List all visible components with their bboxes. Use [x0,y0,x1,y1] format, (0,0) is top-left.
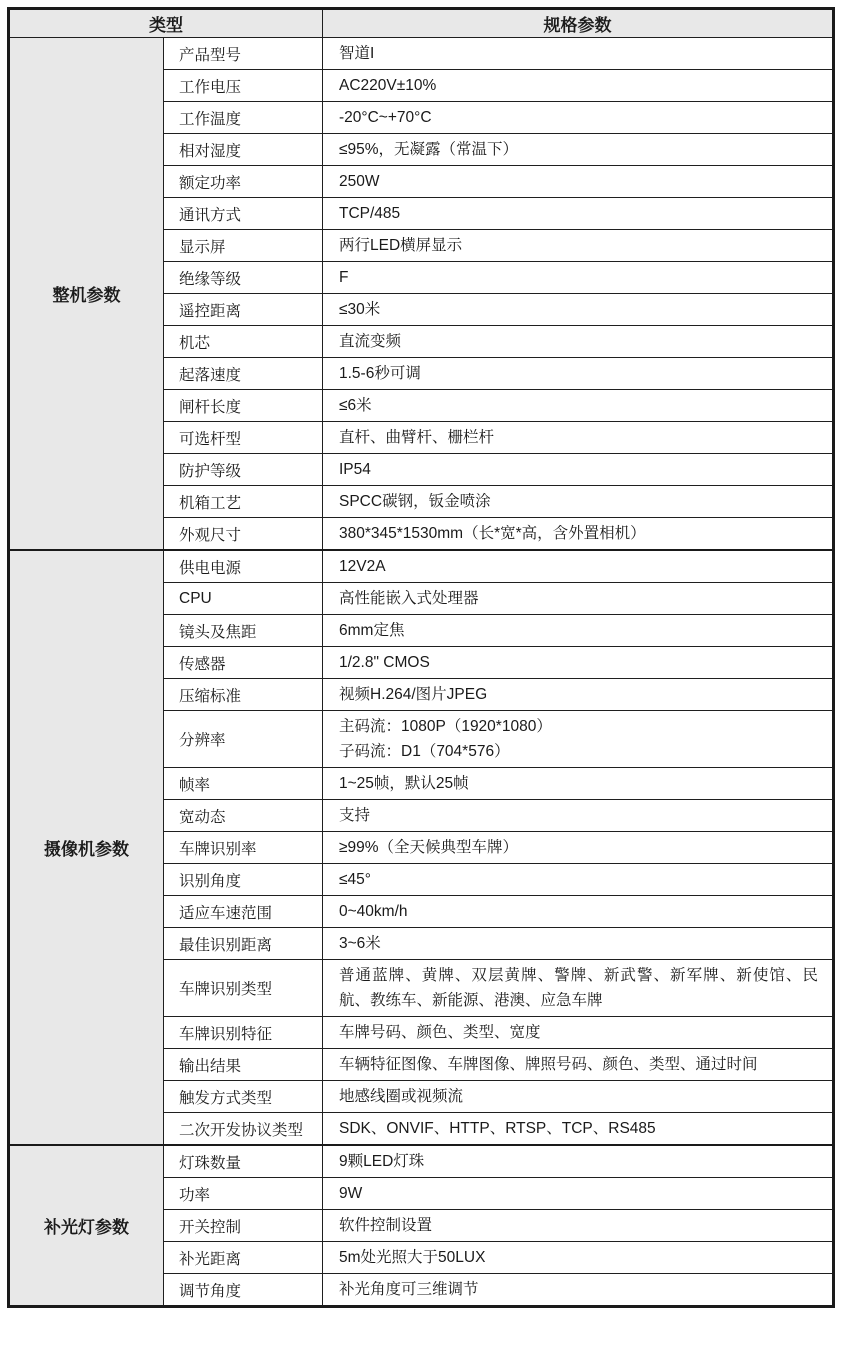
param-value-cell: TCP/485 [323,198,834,230]
param-name-cell: 镜头及焦距 [164,615,323,647]
param-value-cell: 1~25帧，默认25帧 [323,768,834,800]
param-name-cell: 相对湿度 [164,134,323,166]
param-value-cell: AC220V±10% [323,70,834,102]
param-name-cell: 识别角度 [164,864,323,896]
param-value-cell: 车辆特征图像、车牌图像、牌照号码、颜色、类型、通过时间 [323,1049,834,1081]
param-name-cell: 帧率 [164,768,323,800]
param-value-cell: ≥99%（全天候典型车牌） [323,832,834,864]
param-value-cell: SDK、ONVIF、HTTP、RTSP、TCP、RS485 [323,1113,834,1146]
param-name-cell: 遥控距离 [164,294,323,326]
param-value-cell: 智道I [323,38,834,70]
param-name-cell: 适应车速范围 [164,896,323,928]
param-name-cell: 分辨率 [164,711,323,768]
table-row: 补光灯参数灯珠数量9颗LED灯珠 [9,1145,834,1178]
param-name-cell: 显示屏 [164,230,323,262]
param-value-cell: 两行LED横屏显示 [323,230,834,262]
param-value-cell: ≤6米 [323,390,834,422]
param-value-cell: 12V2A [323,550,834,583]
param-name-cell: CPU [164,583,323,615]
param-name-cell: 工作电压 [164,70,323,102]
param-name-cell: 起落速度 [164,358,323,390]
param-value-cell: 普通蓝牌、黄牌、双层黄牌、警牌、新武警、新军牌、新使馆、民航、教练车、新能源、港… [323,960,834,1017]
param-value-cell: ≤95%，无凝露（常温下） [323,134,834,166]
param-value-cell: 0~40km/h [323,896,834,928]
header-row: 类型 规格参数 [9,9,834,38]
spec-table-body: 整机参数产品型号智道I工作电压AC220V±10%工作温度-20°C~+70°C… [9,38,834,1307]
spec-table: 类型 规格参数 整机参数产品型号智道I工作电压AC220V±10%工作温度-20… [7,7,835,1308]
param-name-cell: 额定功率 [164,166,323,198]
param-name-cell: 供电电源 [164,550,323,583]
param-name-cell: 车牌识别类型 [164,960,323,1017]
param-value-cell: 9W [323,1178,834,1210]
param-value-cell: 支持 [323,800,834,832]
param-name-cell: 传感器 [164,647,323,679]
param-name-cell: 闸杆长度 [164,390,323,422]
param-value-cell: 380*345*1530mm（长*宽*高，含外置相机） [323,518,834,551]
param-value-cell: -20°C~+70°C [323,102,834,134]
param-value-cell: 补光角度可三维调节 [323,1274,834,1307]
param-name-cell: 功率 [164,1178,323,1210]
param-value-cell: F [323,262,834,294]
param-value-cell: 1/2.8" CMOS [323,647,834,679]
category-cell: 补光灯参数 [9,1145,164,1307]
param-name-cell: 开关控制 [164,1210,323,1242]
param-value-cell: 1.5-6秒可调 [323,358,834,390]
param-name-cell: 工作温度 [164,102,323,134]
param-value-cell: 高性能嵌入式处理器 [323,583,834,615]
param-name-cell: 绝缘等级 [164,262,323,294]
param-value-cell: 车牌号码、颜色、类型、宽度 [323,1017,834,1049]
param-value-cell: 250W [323,166,834,198]
param-name-cell: 调节角度 [164,1274,323,1307]
param-name-cell: 压缩标准 [164,679,323,711]
param-value-cell: ≤30米 [323,294,834,326]
param-value-cell: SPCC碳钢，钣金喷涂 [323,486,834,518]
param-value-cell: 9颗LED灯珠 [323,1145,834,1178]
spec-sheet-page: 类型 规格参数 整机参数产品型号智道I工作电压AC220V±10%工作温度-20… [0,0,842,1353]
param-value-cell: 3~6米 [323,928,834,960]
param-value-cell: 5m处光照大于50LUX [323,1242,834,1274]
param-name-cell: 通讯方式 [164,198,323,230]
param-value-cell: 主码流：1080P（1920*1080） 子码流：D1（704*576） [323,711,834,768]
param-name-cell: 触发方式类型 [164,1081,323,1113]
param-name-cell: 可选杆型 [164,422,323,454]
param-name-cell: 产品型号 [164,38,323,70]
param-name-cell: 防护等级 [164,454,323,486]
param-name-cell: 车牌识别特征 [164,1017,323,1049]
param-value-cell: 软件控制设置 [323,1210,834,1242]
param-value-cell: ≤45° [323,864,834,896]
header-spec-cell: 规格参数 [323,9,834,38]
category-cell: 整机参数 [9,38,164,551]
category-cell: 摄像机参数 [9,550,164,1145]
header-type-cell: 类型 [9,9,323,38]
param-value-cell: 视频H.264/图片JPEG [323,679,834,711]
param-name-cell: 最佳识别距离 [164,928,323,960]
param-value-cell: 地感线圈或视频流 [323,1081,834,1113]
param-name-cell: 车牌识别率 [164,832,323,864]
table-row: 整机参数产品型号智道I [9,38,834,70]
param-value-cell: 直流变频 [323,326,834,358]
param-value-cell: 直杆、曲臂杆、栅栏杆 [323,422,834,454]
param-name-cell: 外观尺寸 [164,518,323,551]
param-name-cell: 机芯 [164,326,323,358]
param-value-cell: IP54 [323,454,834,486]
param-name-cell: 输出结果 [164,1049,323,1081]
param-name-cell: 宽动态 [164,800,323,832]
param-value-cell: 6mm定焦 [323,615,834,647]
param-name-cell: 补光距离 [164,1242,323,1274]
param-name-cell: 灯珠数量 [164,1145,323,1178]
param-name-cell: 机箱工艺 [164,486,323,518]
param-name-cell: 二次开发协议类型 [164,1113,323,1146]
table-row: 摄像机参数供电电源12V2A [9,550,834,583]
